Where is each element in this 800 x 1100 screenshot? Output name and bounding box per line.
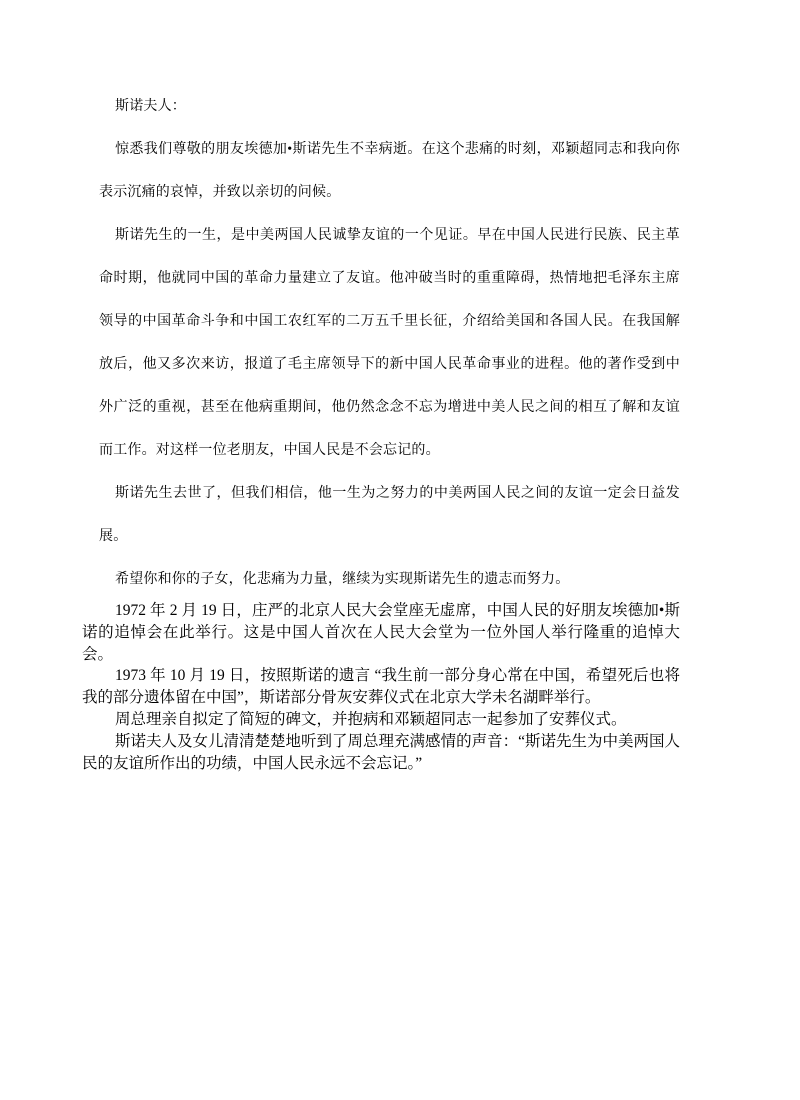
afterword-paragraph: 1972 年 2 月 19 日，庄严的北京人民大会堂座无虚席，中国人民的好朋友埃…	[82, 600, 680, 665]
letter-paragraph: 惊悉我们尊敬的朋友埃德加•斯诺先生不幸病逝。在这个悲痛的时刻，邓颖超同志和我向你…	[99, 128, 680, 214]
letter-paragraph: 斯诺先生去世了，但我们相信，他一生为之努力的中美两国人民之间的友谊一定会日益发展…	[99, 472, 680, 558]
afterword-section: 1972 年 2 月 19 日，庄严的北京人民大会堂座无虚席，中国人民的好朋友埃…	[82, 600, 680, 774]
afterword-paragraph: 斯诺夫人及女儿清清楚楚地听到了周总理充满感情的声音：“斯诺先生为中美两国人民的友…	[82, 731, 680, 775]
letter-salutation: 斯诺夫人：	[99, 85, 680, 128]
letter-paragraph: 希望你和你的子女，化悲痛为力量，继续为实现斯诺先生的遗志而努力。	[99, 558, 680, 601]
afterword-paragraph: 周总理亲自拟定了简短的碑文，并抱病和邓颖超同志一起参加了安葬仪式。	[82, 709, 680, 731]
document-page: 斯诺夫人： 惊悉我们尊敬的朋友埃德加•斯诺先生不幸病逝。在这个悲痛的时刻，邓颖超…	[0, 0, 800, 1100]
afterword-paragraph: 1973 年 10 月 19 日，按照斯诺的遗言 “我生前一部分身心常在中国，希…	[82, 665, 680, 709]
condolence-letter-section: 斯诺夫人： 惊悉我们尊敬的朋友埃德加•斯诺先生不幸病逝。在这个悲痛的时刻，邓颖超…	[99, 85, 680, 601]
letter-paragraph: 斯诺先生的一生，是中美两国人民诚挚友谊的一个见证。早在中国人民进行民族、民主革命…	[99, 214, 680, 472]
